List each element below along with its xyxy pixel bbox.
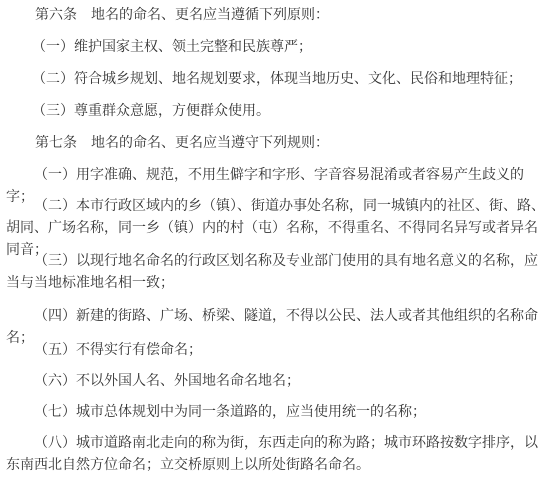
article-6-heading: 第六条 地名的命名、更名应当遵循下列原则： xyxy=(6,4,546,26)
article-7-item-6: （六）不以外国人名、外国地名命名地名； xyxy=(6,370,546,392)
article-7-heading: 第七条 地名的命名、更名应当遵守下列规则： xyxy=(6,132,546,154)
article-7-item-8: （八）城市道路南北走向的称为街，东西走向的称为路；城市环路按数字排序，以东南西北… xyxy=(6,432,546,476)
article-7-item-5: （五）不得实行有偿命名； xyxy=(6,339,546,361)
article-7-item-3: （三）以现行地名命名的行政区划名称及专业部门使用的具有地名意义的名称，应当与当地… xyxy=(6,250,546,294)
article-6-item-3: （三）尊重群众意愿，方便群众使用。 xyxy=(4,100,544,122)
article-7-item-7: （七）城市总体规划中为同一条道路的，应当使用统一的名称； xyxy=(6,401,546,423)
article-6-item-2: （二）符合城乡规划、地名规划要求，体现当地历史、文化、民俗和地理特征； xyxy=(4,68,544,90)
article-6-item-1: （一）维护国家主权、领土完整和民族尊严； xyxy=(4,36,544,58)
